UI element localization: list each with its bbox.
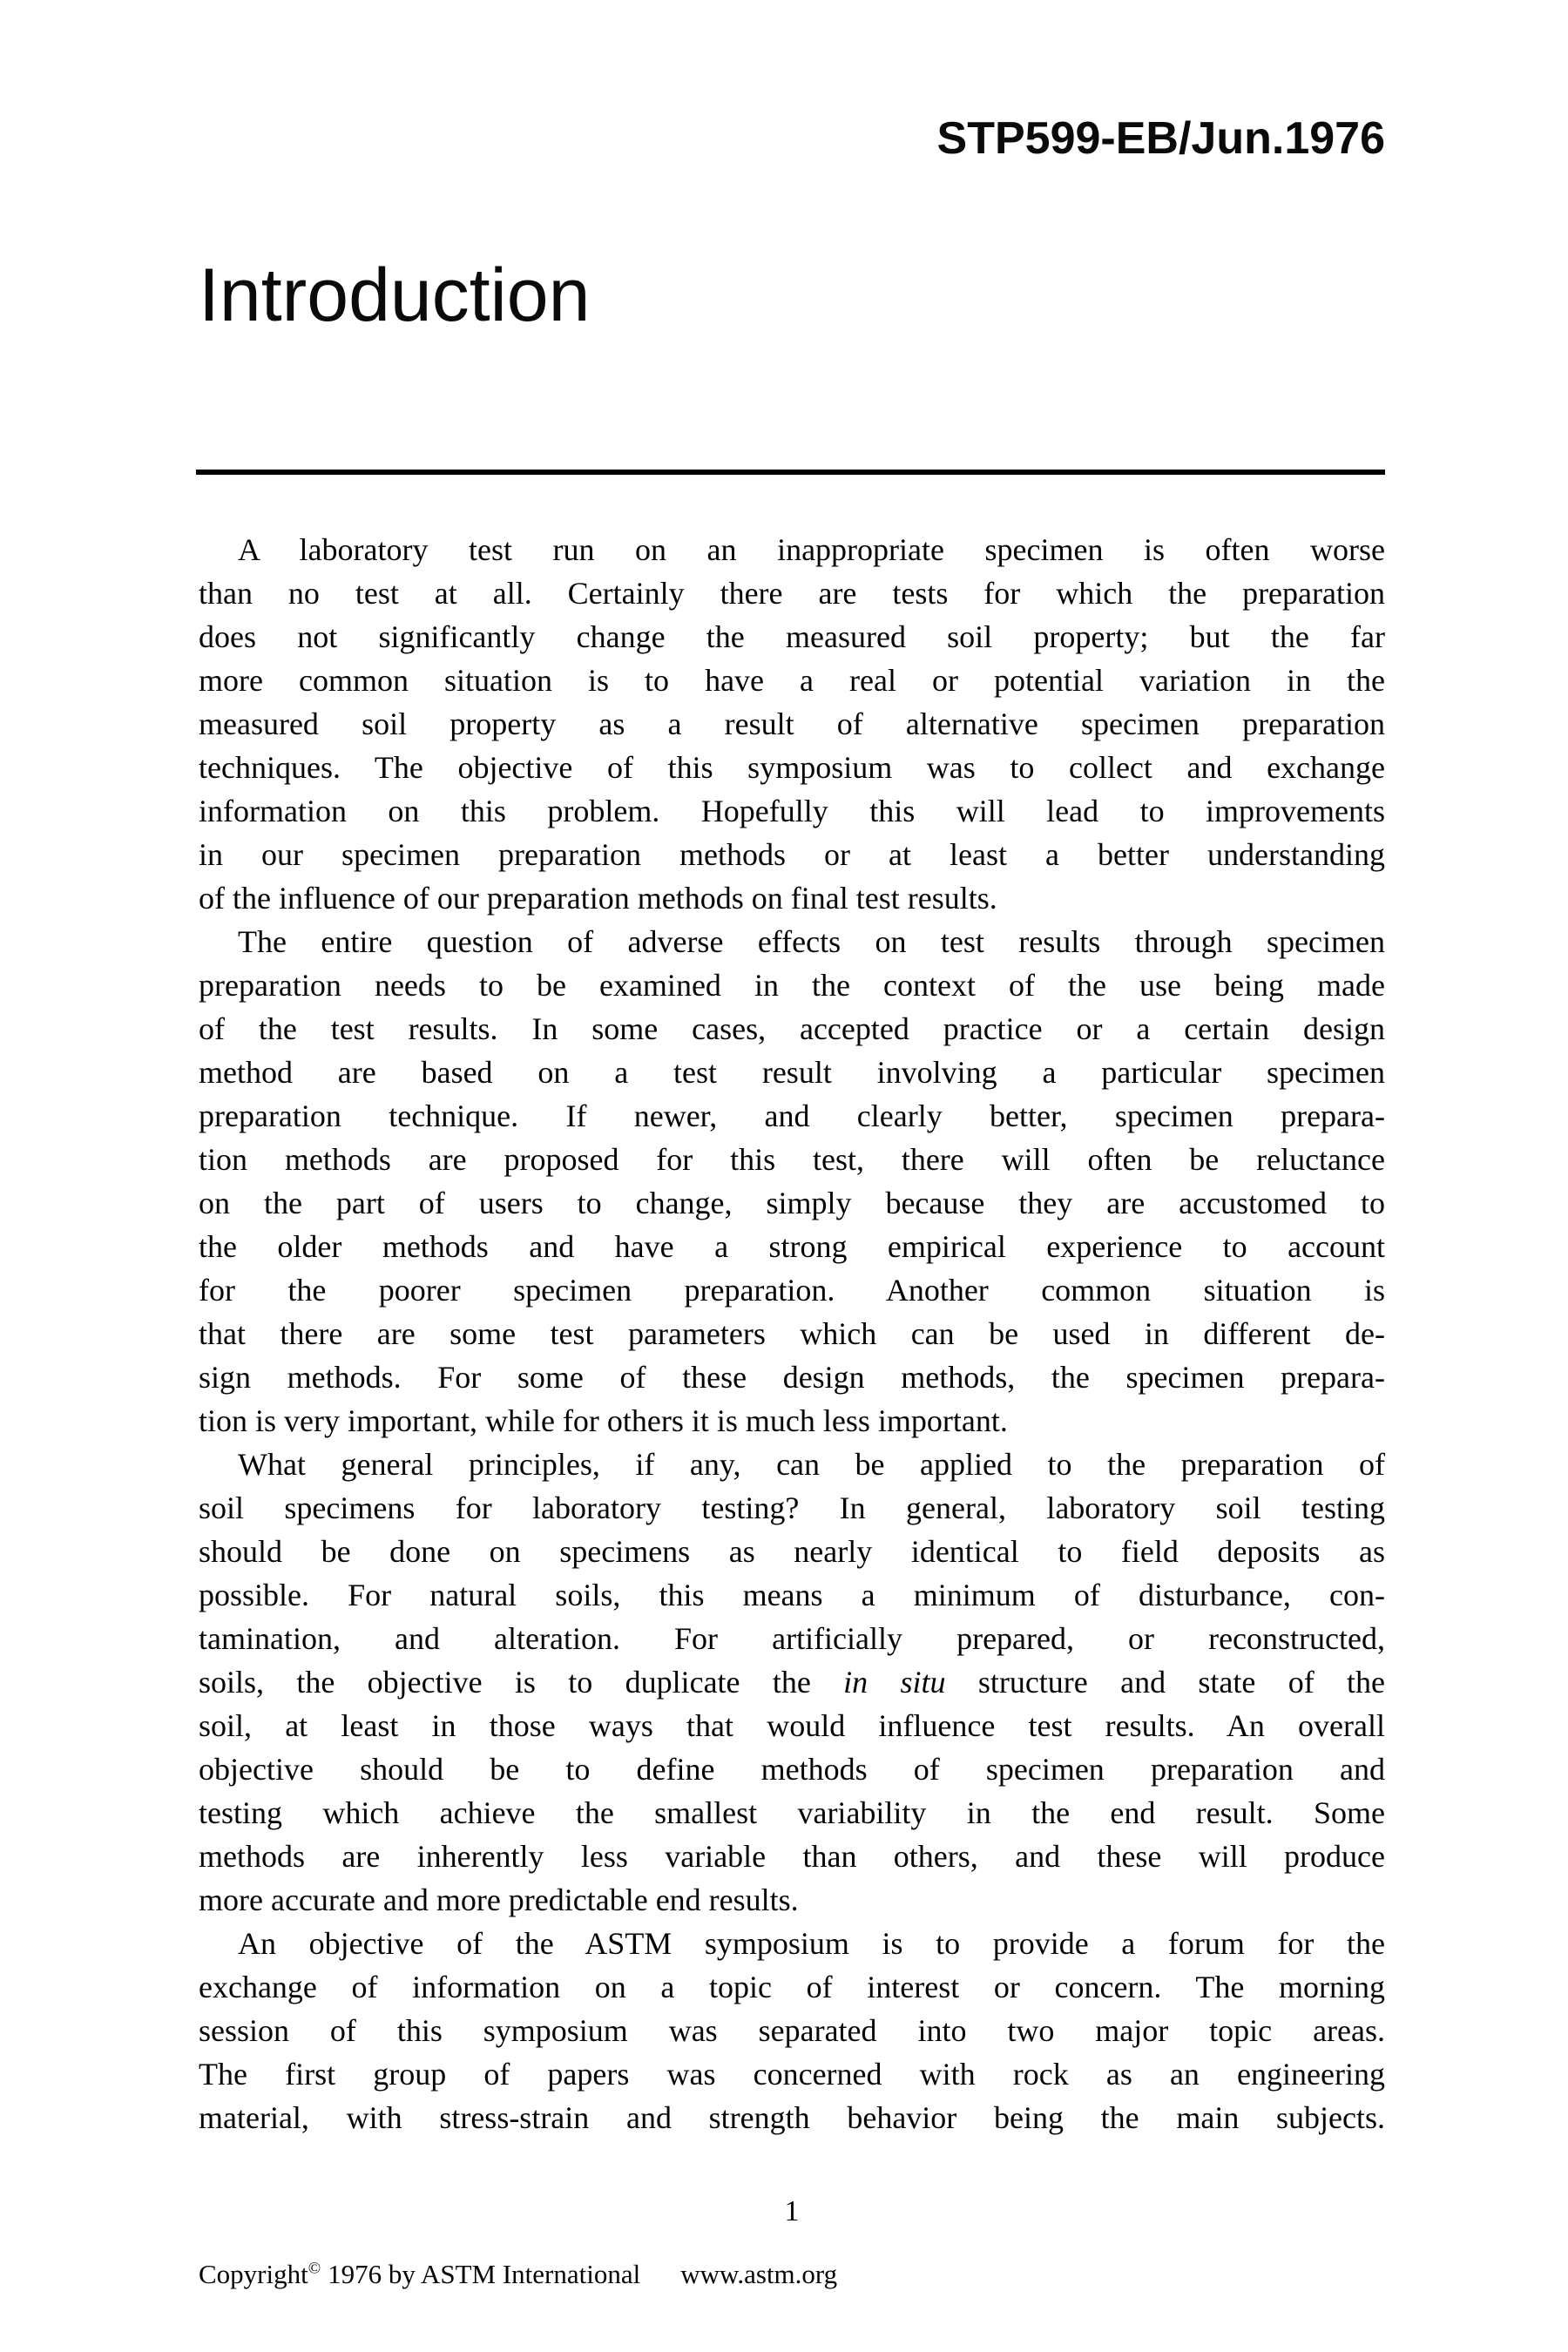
text-segment: more accurate and more predictable end r… [199,1882,799,1917]
text-segment: exchange of information on a topic of in… [199,1970,1385,2004]
scanned-page: STP599-EB/Jun.1976 Introduction A labora… [0,0,1568,2352]
copyright-symbol: © [308,2260,321,2278]
text-segment: What general principles, if any, can be … [238,1447,1385,1482]
text-segment: The entire question of adverse effects o… [238,924,1385,959]
footer-url: www.astm.org [680,2259,837,2289]
body-line: An objective of the ASTM symposium is to… [199,1922,1385,1965]
body-line: method are based on a test result involv… [199,1051,1385,1094]
body-line: of the test results. In some cases, acce… [199,1007,1385,1051]
page-title: Introduction [199,258,590,333]
body-line: The first group of papers was concerned … [199,2052,1385,2096]
text-segment: does not significantly change the measur… [199,619,1385,654]
body-line: for the poorer specimen preparation. Ano… [199,1268,1385,1312]
text-segment: information on this problem. Hopefully t… [199,794,1385,828]
body-line: of the influence of our preparation meth… [199,876,1385,920]
body-line: objective should be to define methods of… [199,1747,1385,1791]
body-line: The entire question of adverse effects o… [199,920,1385,963]
body-line: sign methods. For some of these design m… [199,1355,1385,1399]
body-line: techniques. The objective of this sympos… [199,746,1385,789]
text-segment: testing which achieve the smallest varia… [199,1795,1385,1830]
body-line: exchange of information on a topic of in… [199,1965,1385,2009]
document-code: STP599-EB/Jun.1976 [199,116,1385,161]
text-segment: in our specimen preparation methods or a… [199,837,1385,872]
text-segment: methods are inherently less variable tha… [199,1839,1385,1874]
text-segment: material, with stress-strain and strengt… [199,2100,1385,2135]
horizontal-rule [196,470,1385,475]
body-line: in our specimen preparation methods or a… [199,833,1385,876]
text-segment: sign methods. For some of these design m… [199,1360,1385,1395]
body-line: tion methods are proposed for this test,… [199,1138,1385,1181]
text-segment: measured soil property as a result of al… [199,706,1385,741]
text-segment: techniques. The objective of this sympos… [199,750,1385,785]
text-segment: than no test at all. Certainly there are… [199,576,1385,611]
text-segment: tion is very important, while for others… [199,1403,1008,1438]
body-line: tion is very important, while for others… [199,1399,1385,1443]
body-line: soil specimens for laboratory testing? I… [199,1486,1385,1530]
body-line: more common situation is to have a real … [199,659,1385,702]
text-segment: soils, the objective is to duplicate the [199,1665,843,1700]
body-line: material, with stress-strain and strengt… [199,2096,1385,2139]
body-line: that there are some test parameters whic… [199,1312,1385,1355]
text-segment: soil specimens for laboratory testing? I… [199,1490,1385,1525]
text-segment: of the test results. In some cases, acce… [199,1011,1385,1046]
body-line: on the part of users to change, simply b… [199,1181,1385,1225]
body-line: soil, at least in those ways that would … [199,1704,1385,1747]
copyright-text: 1976 by ASTM International [328,2259,640,2289]
text-segment: An objective of the ASTM symposium is to… [238,1926,1385,1961]
text-segment: session of this symposium was separated … [199,2013,1385,2048]
text-segment: soil, at least in those ways that would … [199,1708,1385,1743]
body-line: does not significantly change the measur… [199,615,1385,659]
body-line: soils, the objective is to duplicate the… [199,1660,1385,1704]
text-segment: that there are some test parameters whic… [199,1316,1385,1351]
body-line: than no test at all. Certainly there are… [199,571,1385,615]
text-segment: should be done on specimens as nearly id… [199,1534,1385,1569]
body-line: testing which achieve the smallest varia… [199,1791,1385,1835]
text-segment: preparation technique. If newer, and cle… [199,1098,1385,1133]
text-segment: The first group of papers was concerned … [199,2057,1385,2092]
body-text: A laboratory test run on an inappropriat… [199,528,1385,2139]
text-segment: method are based on a test result involv… [199,1055,1385,1090]
text-segment: tion methods are proposed for this test,… [199,1142,1385,1177]
text-segment: more common situation is to have a real … [199,663,1385,698]
body-line: tamination, and alteration. For artifici… [199,1617,1385,1660]
body-line: preparation technique. If newer, and cle… [199,1094,1385,1138]
text-segment: of the influence of our preparation meth… [199,881,997,916]
text-segment: for the poorer specimen preparation. Ano… [199,1273,1385,1308]
body-line: measured soil property as a result of al… [199,702,1385,746]
body-line: session of this symposium was separated … [199,2009,1385,2052]
copyright-word: Copyright [199,2259,308,2289]
text-segment: possible. For natural soils, this means … [199,1578,1385,1612]
body-line: preparation needs to be examined in the … [199,963,1385,1007]
text-segment: preparation needs to be examined in the … [199,968,1385,1003]
body-line: A laboratory test run on an inappropriat… [199,528,1385,571]
text-segment: A laboratory test run on an inappropriat… [238,532,1385,567]
text-segment: tamination, and alteration. For artifici… [199,1621,1385,1656]
body-line: methods are inherently less variable tha… [199,1835,1385,1878]
body-line: should be done on specimens as nearly id… [199,1530,1385,1573]
page-number: 1 [199,2197,1385,2227]
body-line: possible. For natural soils, this means … [199,1573,1385,1617]
body-line: information on this problem. Hopefully t… [199,789,1385,833]
italic-phrase: in situ [843,1665,945,1700]
text-segment: on the part of users to change, simply b… [199,1186,1385,1220]
copyright-footer: Copyright©1976 by ASTM Internationalwww.… [199,2261,837,2288]
text-segment: objective should be to define methods of… [199,1752,1385,1787]
body-line: more accurate and more predictable end r… [199,1878,1385,1922]
text-segment: the older methods and have a strong empi… [199,1229,1385,1264]
text-segment: structure and state of the [946,1665,1386,1700]
body-line: What general principles, if any, can be … [199,1443,1385,1486]
body-line: the older methods and have a strong empi… [199,1225,1385,1268]
